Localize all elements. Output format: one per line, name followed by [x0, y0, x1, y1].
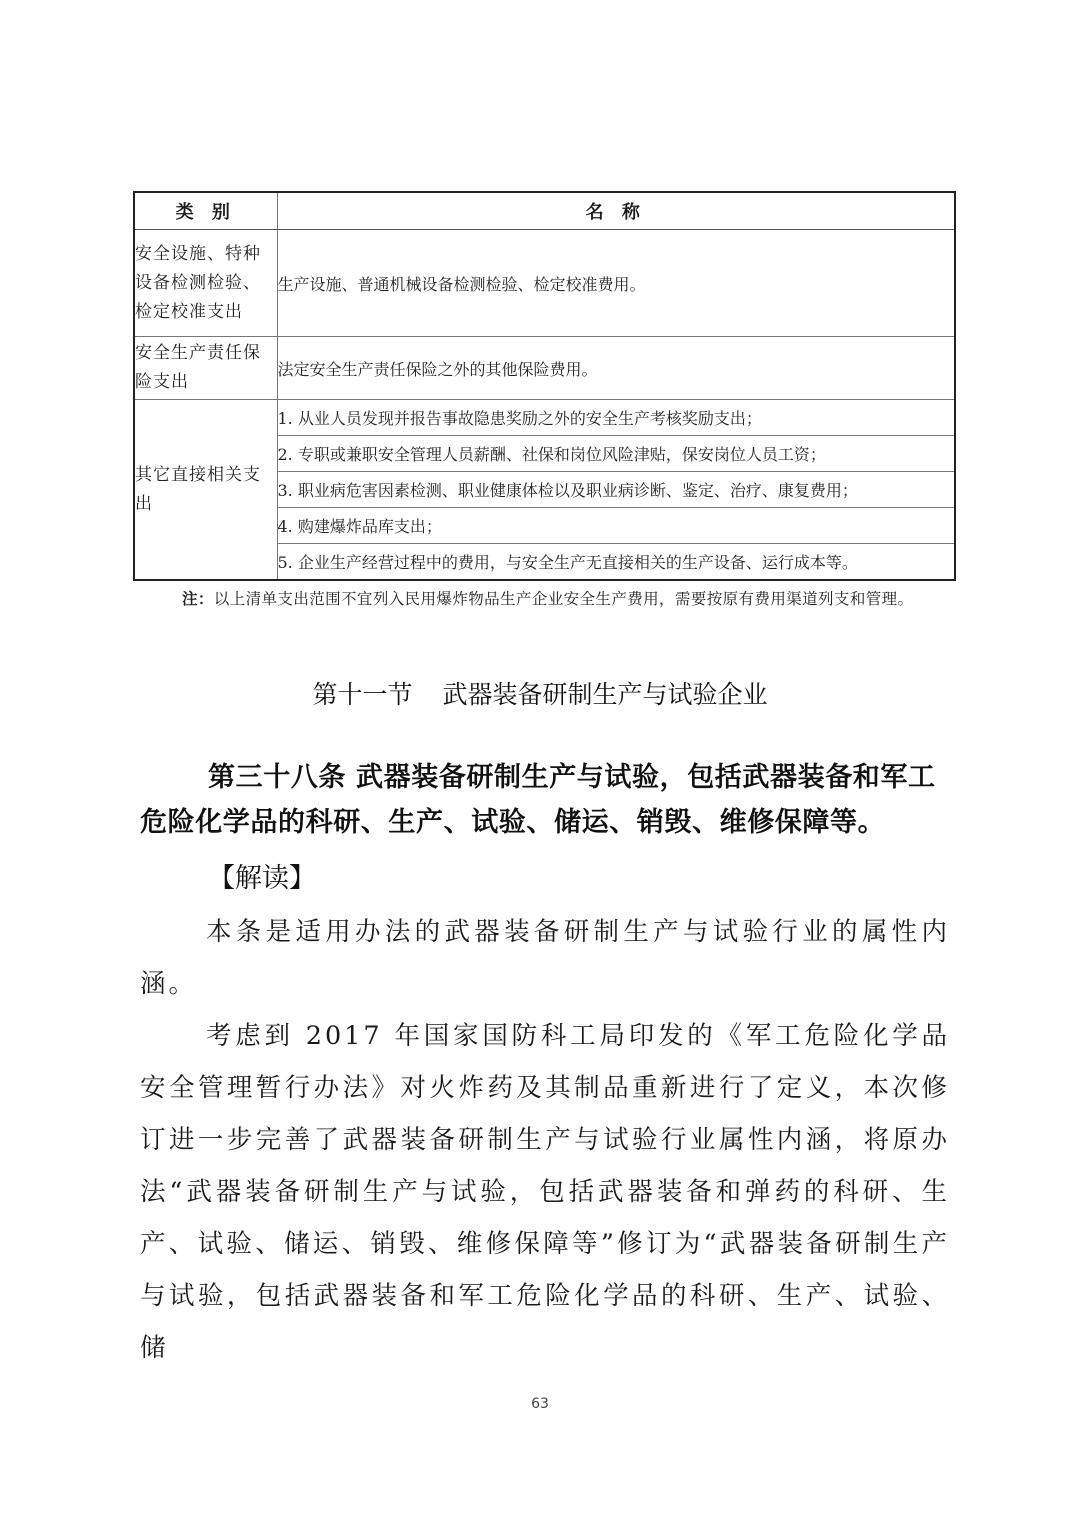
table-row: 其它直接相关支出 1. 从业人员发现并报告事故隐患奖励之外的安全生产考核奖励支出… — [134, 400, 955, 436]
row-item: 法定安全生产责任保险之外的其他保险费用。 — [277, 337, 955, 400]
table-header-row: 类 别 名 称 — [134, 192, 955, 230]
section-name: 武器装备研制生产与试验企业 — [443, 680, 768, 709]
row-category: 安全设施、特种设备检测检验、检定校准支出 — [134, 230, 277, 337]
section-title: 第十一节武器装备研制生产与试验企业 — [0, 675, 1080, 711]
row-item: 生产设施、普通机械设备检测检验、检定校准费用。 — [277, 230, 955, 337]
interpretation-label: 【解读】 — [208, 856, 316, 895]
header-category: 类 别 — [134, 192, 277, 230]
row-item: 4. 购建爆炸品库支出； — [277, 508, 955, 544]
paragraph: 本条是适用办法的武器装备研制生产与试验行业的属性内涵。 — [140, 906, 950, 1010]
row-category: 其它直接相关支出 — [134, 400, 277, 581]
paragraph: 考虑到 2017 年国家国防科工局印发的《军工危险化学品安全管理暂行办法》对火炸… — [140, 1010, 950, 1374]
note-text: 以上清单支出范围不宜列入民用爆炸物品生产企业安全生产费用，需要按原有费用渠道列支… — [214, 590, 914, 608]
section-number: 第十一节 — [312, 680, 412, 709]
row-item: 2. 专职或兼职安全管理人员薪酬、社保和岗位风险津贴，保安岗位人员工资； — [277, 436, 955, 472]
table-row: 安全生产责任保险支出 法定安全生产责任保险之外的其他保险费用。 — [134, 337, 955, 400]
page-number: 63 — [0, 1396, 1080, 1412]
row-item: 3. 职业病危害因素检测、职业健康体检以及职业病诊断、鉴定、治疗、康复费用； — [277, 472, 955, 508]
note-label: 注： — [182, 590, 214, 608]
row-category: 安全生产责任保险支出 — [134, 337, 277, 400]
table-row: 安全设施、特种设备检测检验、检定校准支出 生产设施、普通机械设备检测检验、检定校… — [134, 230, 955, 337]
table-note: 注：以上清单支出范围不宜列入民用爆炸物品生产企业安全生产费用，需要按原有费用渠道… — [138, 586, 956, 613]
row-item: 1. 从业人员发现并报告事故隐患奖励之外的安全生产考核奖励支出； — [277, 400, 955, 436]
row-item: 5. 企业生产经营过程中的费用，与安全生产无直接相关的生产设备、运行成本等。 — [277, 544, 955, 581]
document-page: 类 别 名 称 安全设施、特种设备检测检验、检定校准支出 生产设施、普通机械设备… — [0, 0, 1080, 1527]
article-text: 第三十八条 武器装备研制生产与试验，包括武器装备和军工危险化学品的科研、生产、试… — [140, 755, 950, 845]
expense-exclusion-table: 类 别 名 称 安全设施、特种设备检测检验、检定校准支出 生产设施、普通机械设备… — [133, 191, 956, 581]
header-name: 名 称 — [277, 192, 955, 230]
